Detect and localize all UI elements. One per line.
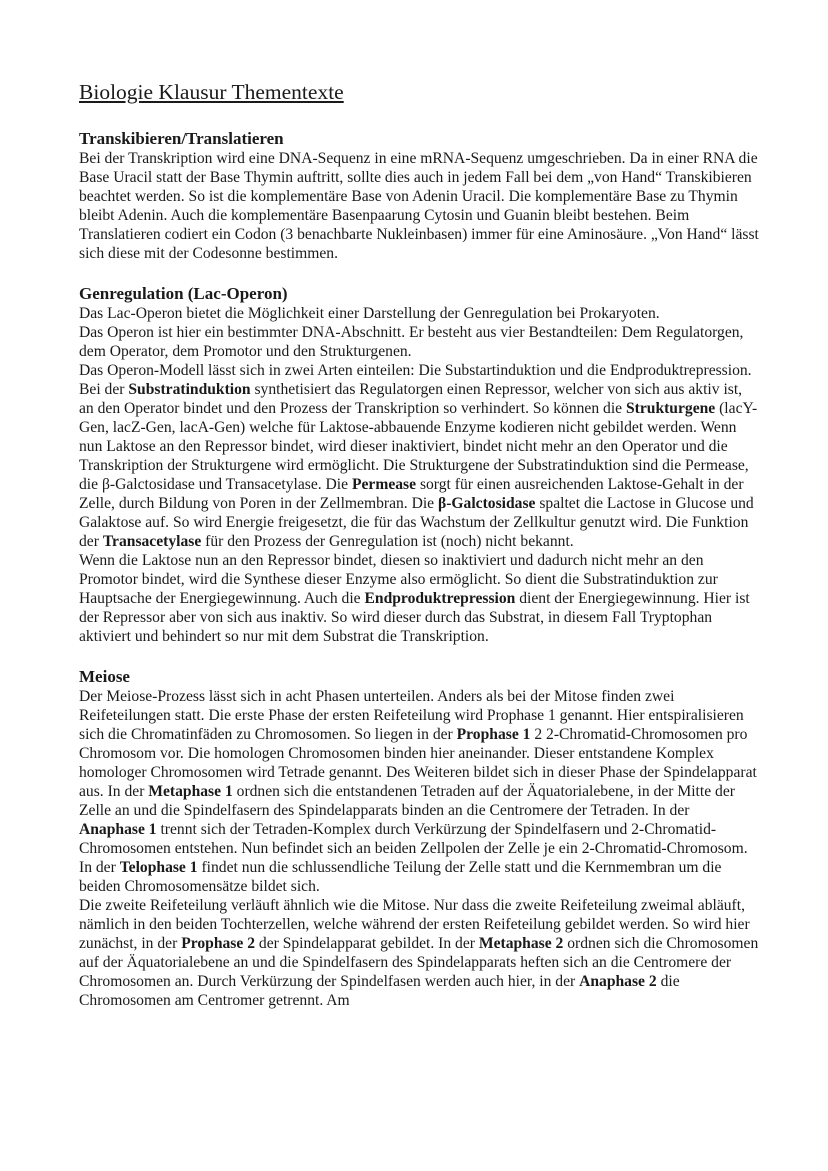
bold-term: Anaphase 1 bbox=[79, 821, 157, 838]
bold-term: Permease bbox=[352, 476, 416, 493]
text-run: der Spindelapparat gebildet. In der bbox=[255, 935, 479, 952]
bold-term: Substratinduktion bbox=[128, 381, 250, 398]
section-genregulation: Genregulation (Lac-Operon) Das Lac-Opero… bbox=[79, 283, 759, 646]
section-heading: Genregulation (Lac-Operon) bbox=[79, 283, 759, 304]
bold-term: Prophase 2 bbox=[181, 935, 255, 952]
text-run: Bei der Transkription wird eine DNA-Sequ… bbox=[79, 150, 759, 262]
text-run: Das Lac-Operon bietet die Möglichkeit ei… bbox=[79, 305, 660, 322]
bold-term: Telophase 1 bbox=[120, 859, 198, 876]
section-transkription: Transkibieren/Translatieren Bei der Tran… bbox=[79, 128, 759, 263]
paragraph: Bei der Transkription wird eine DNA-Sequ… bbox=[79, 149, 759, 263]
document-title: Biologie Klausur Thementexte bbox=[79, 78, 759, 106]
bold-term: β-Galctosidase bbox=[438, 495, 535, 512]
paragraph: Das Operon ist hier ein bestimmter DNA-A… bbox=[79, 323, 759, 361]
section-heading: Meiose bbox=[79, 666, 759, 687]
section-body: Der Meiose-Prozess lässt sich in acht Ph… bbox=[79, 687, 759, 1010]
bold-term: Transacetylase bbox=[103, 533, 201, 550]
section-heading: Transkibieren/Translatieren bbox=[79, 128, 759, 149]
text-run: Das Operon ist hier ein bestimmter DNA-A… bbox=[79, 324, 743, 360]
text-run: Bei der bbox=[79, 381, 128, 398]
bold-term: Anaphase 2 bbox=[579, 973, 657, 990]
document-page: Biologie Klausur Thementexte Transkibier… bbox=[79, 78, 759, 1030]
paragraph: Bei der Substratinduktion synthetisiert … bbox=[79, 380, 759, 551]
bold-term: Prophase 1 bbox=[457, 726, 531, 743]
section-meiose: Meiose Der Meiose-Prozess lässt sich in … bbox=[79, 666, 759, 1010]
paragraph: Die zweite Reifeteilung verläuft ähnlich… bbox=[79, 896, 759, 1010]
section-body: Bei der Transkription wird eine DNA-Sequ… bbox=[79, 149, 759, 263]
bold-term: Metaphase 2 bbox=[479, 935, 563, 952]
paragraph: Der Meiose-Prozess lässt sich in acht Ph… bbox=[79, 687, 759, 896]
paragraph: Das Operon-Modell lässt sich in zwei Art… bbox=[79, 361, 759, 380]
section-body: Das Lac-Operon bietet die Möglichkeit ei… bbox=[79, 304, 759, 646]
bold-term: Strukturgene bbox=[626, 400, 715, 417]
paragraph: Wenn die Laktose nun an den Repressor bi… bbox=[79, 551, 759, 646]
text-run: Das Operon-Modell lässt sich in zwei Art… bbox=[79, 362, 752, 379]
paragraph: Das Lac-Operon bietet die Möglichkeit ei… bbox=[79, 304, 759, 323]
bold-term: Endproduktrepression bbox=[365, 590, 516, 607]
text-run: für den Prozess der Genregulation ist (n… bbox=[201, 533, 573, 550]
bold-term: Metaphase 1 bbox=[148, 783, 232, 800]
